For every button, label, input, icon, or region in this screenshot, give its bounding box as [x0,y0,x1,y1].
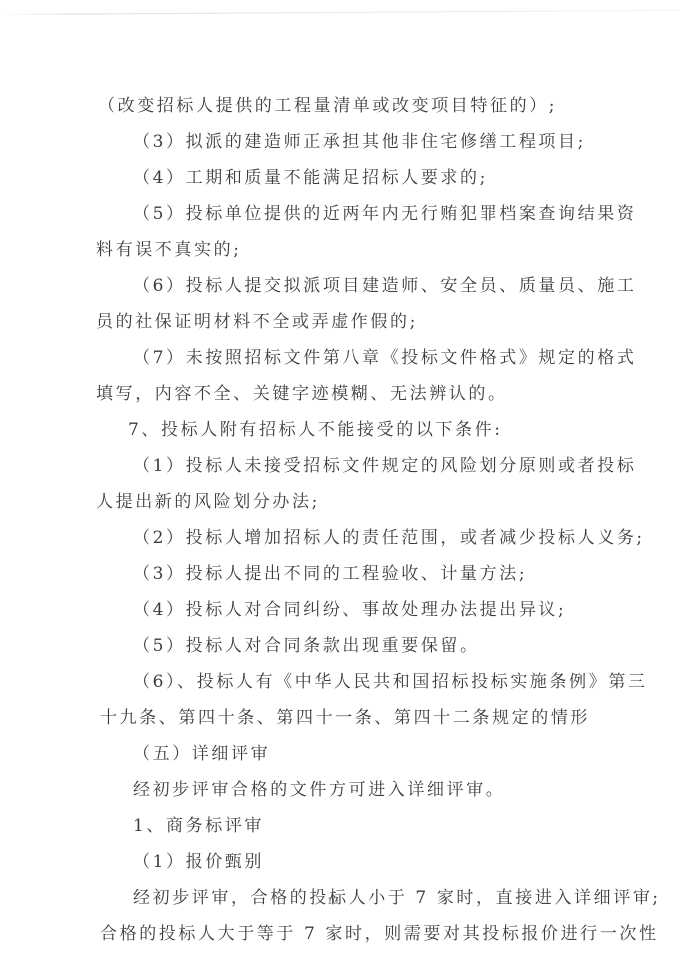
document-page: （改变招标人提供的工程量清单或改变项目特征的）; （3）拟派的建造师正承担其他非… [0,0,680,972]
text-line: 料有误不真实的; [96,240,242,260]
text-line: （6）、投标人有《中华人民共和国招标投标实施条例》第三 [133,672,648,692]
text-line: （4）工期和质量不能满足招标人要求的; [133,168,488,188]
text-line: （2）投标人增加招标人的责任范围，或者减少投标人义务; [133,528,645,548]
text-line: （改变招标人提供的工程量清单或改变项目特征的）; [98,96,557,116]
section-heading: 7、投标人附有招标人不能接受的以下条件: [128,420,503,440]
text-line: （5）投标人对合同条款出现重要保留。 [133,636,480,656]
text-line: （4）投标人对合同纠纷、事故处理办法提出异议; [133,600,566,620]
text-line: 合格的投标人大于等于 7 家时，则需要对其投标报价进行一次性 [100,924,659,944]
subsection-heading: 1、商务标评审 [133,816,264,836]
section-heading: （五）详细评审 [133,744,270,764]
text-line: 十九条、第四十条、第四十一条、第四十二条规定的情形 [100,708,590,728]
text-line: （7）未按照招标文件第八章《投标文件格式》规定的格式 [133,348,636,368]
text-line: 员的社保证明材料不全或弄虚作假的; [96,312,418,332]
text-line: 人提出新的风险划分办法; [96,492,320,512]
text-line: （5）投标单位提供的近两年内无行贿犯罪档案查询结果资 [133,204,636,224]
text-line: （3）投标人提出不同的工程验收、计量方法; [133,564,527,584]
text-line: 填写，内容不全、关键字迹模糊、无法辨认的。 [96,384,508,404]
text-line: （3）拟派的建造师正承担其他非住宅修缮工程项目; [133,132,586,152]
text-line: 经初步评审合格的文件方可进入详细评审。 [133,780,505,800]
text-line: 经初步评审，合格的投标人小于 7 家时，直接进入详细评审; [133,888,661,908]
subsection-heading: （1）报价甄别 [133,852,264,872]
text-line: （6）投标人提交拟派项目建造师、安全员、质量员、施工 [133,276,636,296]
page-number: 10 [327,895,338,907]
text-line: （1）投标人未接受招标文件规定的风险划分原则或者投标 [133,456,636,476]
